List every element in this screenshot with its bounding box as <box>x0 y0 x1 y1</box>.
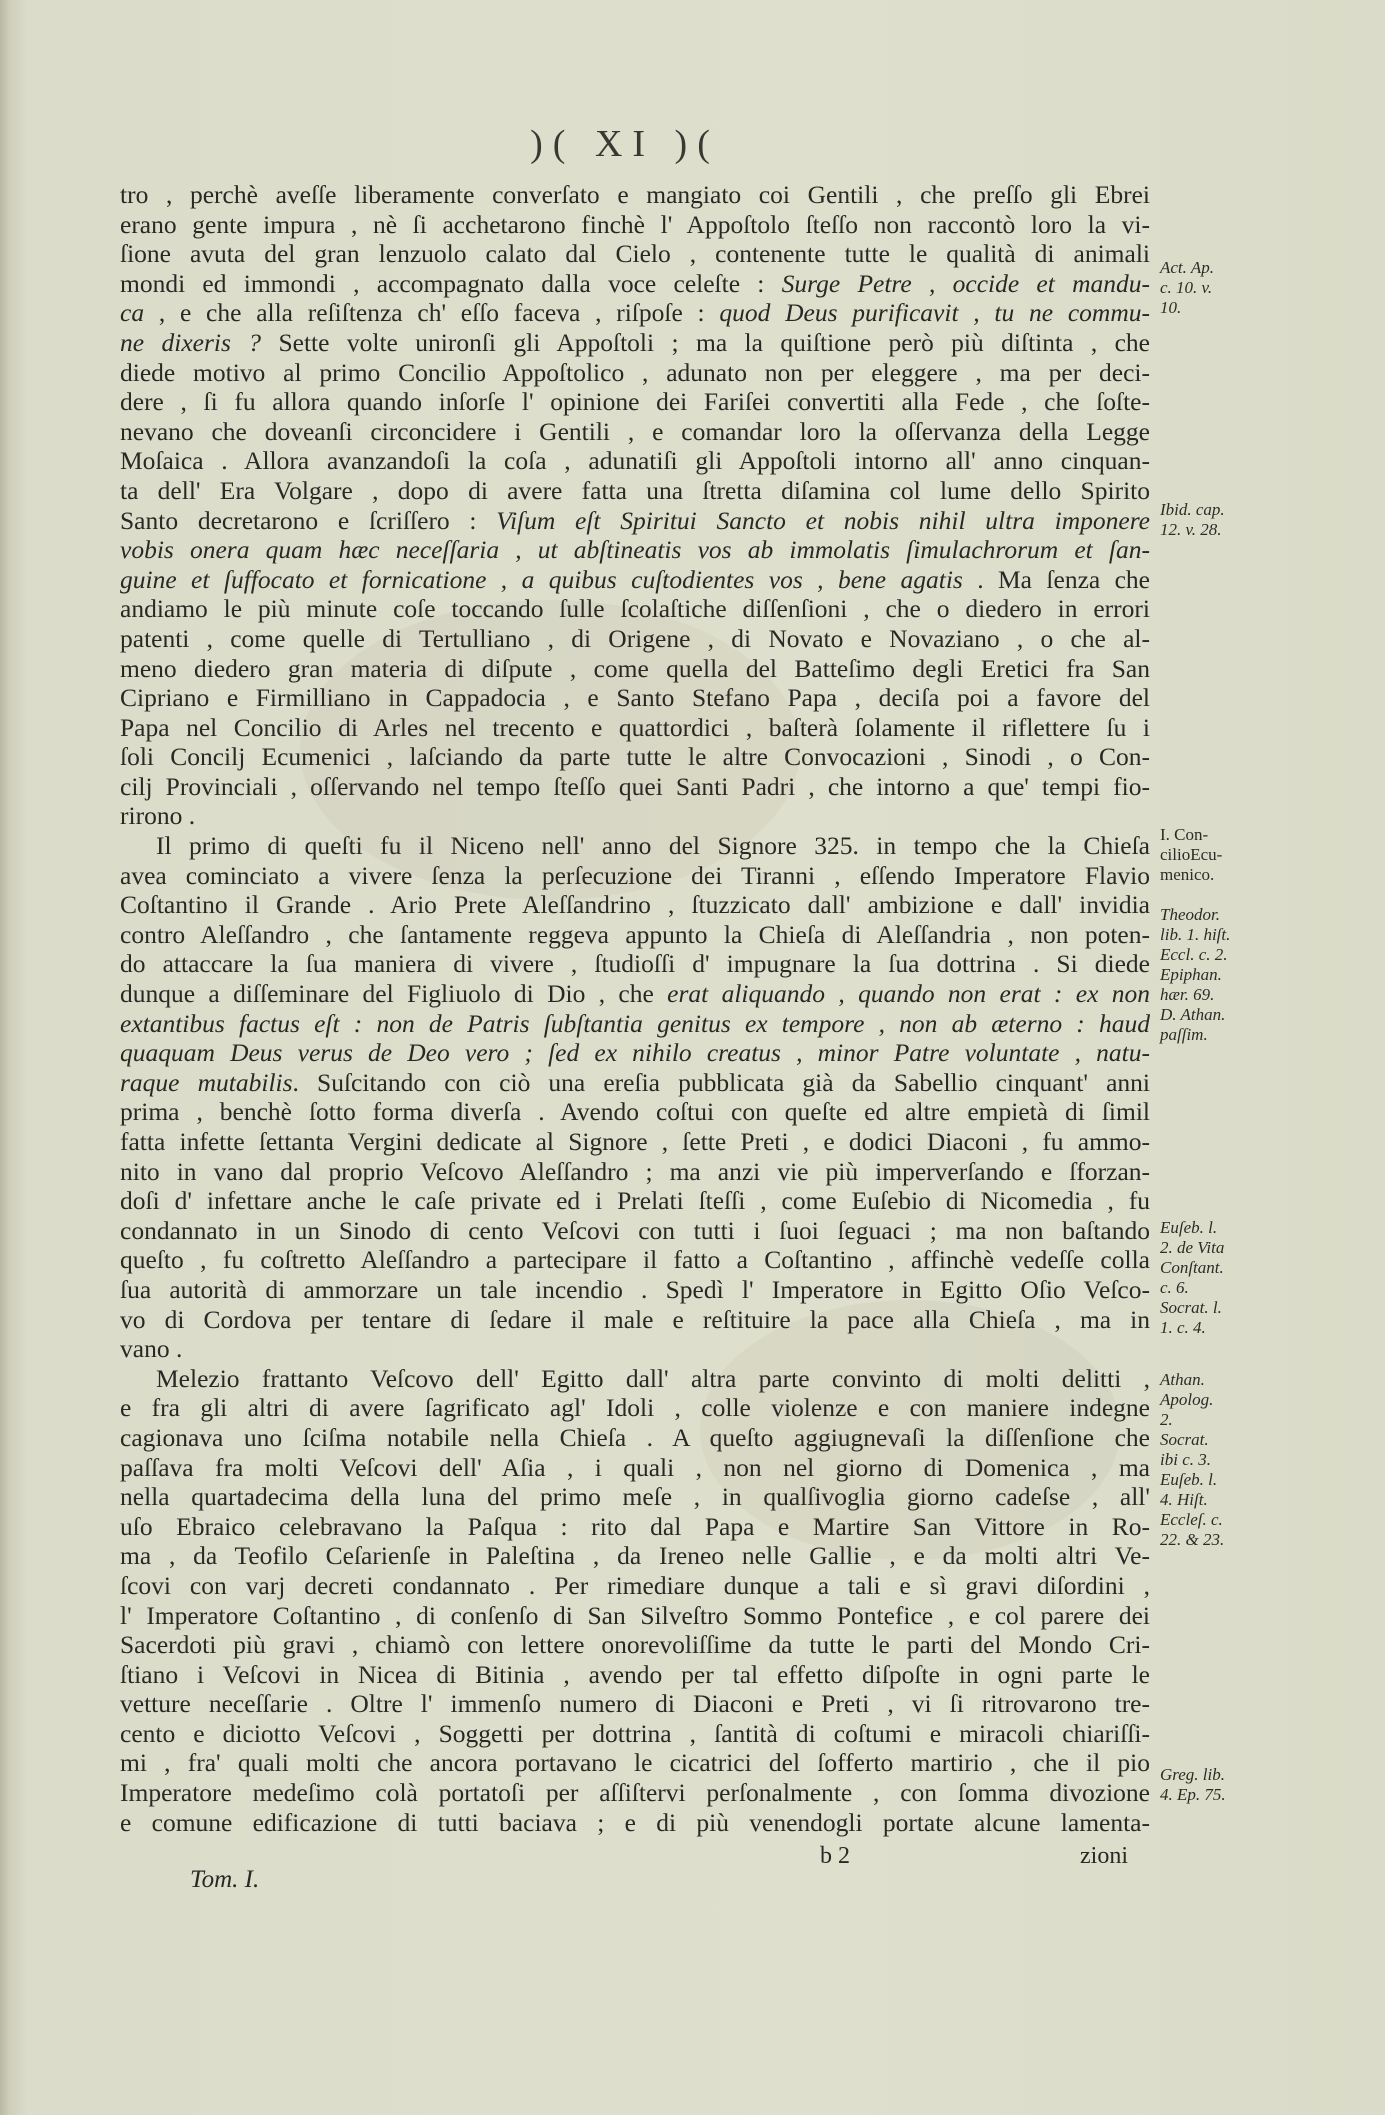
text-line: ſua autorità di ammorzare un tale incend… <box>120 1275 1150 1305</box>
margin-note-line: Eccleſ. c. <box>1160 1510 1270 1530</box>
main-text-block: tro , perchè aveſſe liberamente converſa… <box>120 180 1150 1837</box>
text-line: e comune edificazione di tutti baciava ;… <box>120 1808 1150 1838</box>
text-run: . Suſcitando con ciò una ereſia pubblica… <box>293 1068 1150 1097</box>
margin-note-line: 2. de Vita <box>1160 1238 1270 1258</box>
text-line: tro , perchè aveſſe liberamente converſa… <box>120 180 1150 210</box>
italic-quote: Surge Petre , occide et mandu- <box>782 269 1150 298</box>
text-run: mondi ed immondi , accompagnato dalla vo… <box>120 269 782 298</box>
text-run: queſto , fu coſtretto Aleſſandro a parte… <box>120 1245 1150 1274</box>
text-run: avea cominciato a vivere ſenza la perſec… <box>120 861 1150 890</box>
text-line: l' Imperatore Coſtantino , di conſenſo d… <box>120 1601 1150 1631</box>
margin-note-line: c. 10. v. <box>1160 278 1270 298</box>
text-line: avea cominciato a vivere ſenza la perſec… <box>120 861 1150 891</box>
text-line: ca , e che alla reſiſtenza ch' eſſo face… <box>120 298 1150 328</box>
text-run: prima , benchè ſotto forma diverſa . Ave… <box>120 1097 1150 1126</box>
italic-quote: quaquam Deus verus de Deo vero ; ſed ex … <box>120 1038 1150 1067</box>
text-run: andiamo le più minute coſe toccando ſull… <box>120 594 1150 623</box>
text-line: Papa nel Concilio di Arles nel trecento … <box>120 713 1150 743</box>
text-run: rirono . <box>120 801 195 830</box>
text-run: tro , perchè aveſſe liberamente converſa… <box>120 180 1150 209</box>
italic-quote: quod Deus purificavit , tu ne commu- <box>719 298 1150 327</box>
text-line: nella quartadecima della luna del primo … <box>120 1482 1150 1512</box>
text-line: cento e diciotto Veſcovi , Soggetti per … <box>120 1719 1150 1749</box>
text-run: mi , fra' quali molti che ancora portava… <box>120 1748 1150 1777</box>
text-line: queſto , fu coſtretto Aleſſandro a parte… <box>120 1245 1150 1275</box>
text-line: mondi ed immondi , accompagnato dalla vo… <box>120 269 1150 299</box>
text-run: l' Imperatore Coſtantino , di conſenſo d… <box>120 1601 1150 1630</box>
text-run: patenti , come quelle di Tertulliano , d… <box>120 624 1150 653</box>
margin-note-line: 10. <box>1160 298 1270 318</box>
text-line: nevano che doveanſi circoncidere i Genti… <box>120 417 1150 447</box>
text-line: ſtiano i Veſcovi in Nicea di Bitinia , a… <box>120 1660 1150 1690</box>
text-line: Moſaica . Allora avanzandoſi la coſa , a… <box>120 446 1150 476</box>
italic-quote: Viſum eſt Spiritui Sancto et nobis nihil… <box>496 506 1150 535</box>
margin-note-line: c. 6. <box>1160 1278 1270 1298</box>
margin-note-line: ibi c. 3. <box>1160 1450 1270 1470</box>
margin-note-line: 4. Ep. 75. <box>1160 1785 1270 1805</box>
page-number-header: )( XI )( <box>0 122 1250 166</box>
margin-note-line: Socrat. <box>1160 1430 1270 1450</box>
margin-note-line: Epiphan. <box>1160 965 1270 985</box>
text-run: nevano che doveanſi circoncidere i Genti… <box>120 417 1150 446</box>
text-line: ſcovi con varj decreti condannato . Per … <box>120 1571 1150 1601</box>
text-run: uſo Ebraico celebravano la Paſqua : rito… <box>120 1512 1150 1541</box>
text-run: dere , ſi fu allora quando inſorſe l' op… <box>120 387 1150 416</box>
text-run: Sacerdoti più gravi , chiamò con lettere… <box>120 1630 1150 1659</box>
text-run: cilj Provinciali , oſſervando nel tempo … <box>120 772 1150 801</box>
text-run: ſione avuta del gran lenzuolo calato dal… <box>120 239 1150 268</box>
text-line: nito in vano dal proprio Veſcovo Aleſſan… <box>120 1157 1150 1187</box>
text-run: Sette volte unironſi gli Appoſtoli ; ma … <box>261 328 1150 357</box>
italic-quote: raque mutabilis <box>120 1068 293 1097</box>
text-line: ne dixeris ? Sette volte unironſi gli Ap… <box>120 328 1150 358</box>
margin-note-line: Socrat. l. <box>1160 1298 1270 1318</box>
margin-note-line: lib. 1. hiſt. <box>1160 925 1270 945</box>
text-line: dere , ſi fu allora quando inſorſe l' op… <box>120 387 1150 417</box>
text-run: Imperatore medeſimo colà portatoſi per a… <box>120 1778 1150 1807</box>
text-line: ſoli Concilj Ecumenici , laſciando da pa… <box>120 742 1150 772</box>
text-line: guine et ſuffocato et fornicatione , a q… <box>120 565 1150 595</box>
text-line: vetture neceſſarie . Oltre l' immenſo nu… <box>120 1689 1150 1719</box>
text-run: ſtiano i Veſcovi in Nicea di Bitinia , a… <box>120 1660 1150 1689</box>
margin-note-line: 22. & 23. <box>1160 1530 1270 1550</box>
text-run: nella quartadecima della luna del primo … <box>120 1482 1150 1511</box>
text-run: , e che alla reſiſtenza ch' eſſo faceva … <box>144 298 719 327</box>
text-line: ma , da Teofilo Ceſarienſe in Paleſtina … <box>120 1541 1150 1571</box>
margin-note-line: I. Con- <box>1160 825 1270 845</box>
text-run: Coſtantino il Grande . Ario Prete Aleſſa… <box>120 890 1150 919</box>
text-line: e fra gli altri di avere ſagrificato agl… <box>120 1393 1150 1423</box>
text-run: Melezio frattanto Veſcovo dell' Egitto d… <box>156 1364 1150 1393</box>
book-page: )( XI )( tro , perchè aveſſe liberamente… <box>0 0 1385 2115</box>
text-run: ta dell' Era Volgare , dopo di avere fat… <box>120 476 1150 505</box>
text-line: quaquam Deus verus de Deo vero ; ſed ex … <box>120 1038 1150 1068</box>
text-run: ſoli Concilj Ecumenici , laſciando da pa… <box>120 742 1150 771</box>
text-line: doſi d' infettare anche le caſe private … <box>120 1186 1150 1216</box>
text-line: Sacerdoti più gravi , chiamò con lettere… <box>120 1630 1150 1660</box>
text-run: erano gente impura , nè ſi acchetarono f… <box>120 210 1150 239</box>
italic-quote: guine et ſuffocato et fornicatione , a q… <box>120 565 963 594</box>
text-line: dunque a diſſeminare del Figliuolo di Di… <box>120 979 1150 1009</box>
volume-label: Tom. I. <box>190 1866 259 1894</box>
margin-note-line: hær. 69. <box>1160 985 1270 1005</box>
text-line: vobis onera quam hæc neceſſaria , ut abſ… <box>120 535 1150 565</box>
text-run: vo di Cordova per tentare di ſedare il m… <box>120 1305 1150 1334</box>
text-line: patenti , come quelle di Tertulliano , d… <box>120 624 1150 654</box>
signature-mark: b 2 <box>820 1843 850 1870</box>
text-line: cilj Provinciali , oſſervando nel tempo … <box>120 772 1150 802</box>
text-line: andiamo le più minute coſe toccando ſull… <box>120 594 1150 624</box>
italic-quote: ca <box>120 298 144 327</box>
text-run: Moſaica . Allora avanzandoſi la coſa , a… <box>120 446 1150 475</box>
margin-note-line: menico. <box>1160 865 1270 885</box>
text-line: diede motivo al primo Concilio Appoſtoli… <box>120 358 1150 388</box>
text-run: Cipriano e Firmilliano in Cappadocia , e… <box>120 683 1150 712</box>
margin-note-line: Eccl. c. 2. <box>1160 945 1270 965</box>
margin-note-line: 1. c. 4. <box>1160 1318 1270 1338</box>
margin-note: I. Con-cilioEcu-menico. <box>1160 825 1270 885</box>
text-run: paſſava fra molti Veſcovi dell' Aſia , i… <box>120 1453 1150 1482</box>
italic-quote: extantibus factus eſt : non de Patris ſu… <box>120 1009 1150 1038</box>
text-line: cagionava uno ſciſma notabile nella Chie… <box>120 1423 1150 1453</box>
text-run: meno diedero gran materia di diſpute , c… <box>120 654 1150 683</box>
text-run: fatta infette ſettanta Vergini dedicate … <box>120 1127 1150 1156</box>
margin-note-line: D. Athan. <box>1160 1005 1270 1025</box>
text-line: rirono . <box>120 801 1150 831</box>
text-line: raque mutabilis. Suſcitando con ciò una … <box>120 1068 1150 1098</box>
margin-note: Greg. lib.4. Ep. 75. <box>1160 1765 1270 1805</box>
text-run: ſua autorità di ammorzare un tale incend… <box>120 1275 1150 1304</box>
text-line: contro Aleſſandro , che ſantamente regge… <box>120 920 1150 950</box>
margin-note: Euſeb. l.2. de VitaConſtant.c. 6.Socrat.… <box>1160 1218 1270 1338</box>
margin-note: Ibid. cap.12. v. 28. <box>1160 500 1270 540</box>
margin-note-line: Euſeb. l. <box>1160 1218 1270 1238</box>
text-line: condannato in un Sinodo di cento Veſcovi… <box>120 1216 1150 1246</box>
text-run: . Ma ſenza che <box>963 565 1150 594</box>
text-line: vano . <box>120 1334 1150 1364</box>
italic-quote: ne dixeris ? <box>120 328 261 357</box>
text-line: Cipriano e Firmilliano in Cappadocia , e… <box>120 683 1150 713</box>
text-run: vano . <box>120 1334 182 1363</box>
text-run: ma , da Teofilo Ceſarienſe in Paleſtina … <box>120 1541 1150 1570</box>
text-line: prima , benchè ſotto forma diverſa . Ave… <box>120 1097 1150 1127</box>
margin-note-line: Greg. lib. <box>1160 1765 1270 1785</box>
italic-quote: erat aliquando , quando non erat : ex no… <box>667 979 1150 1008</box>
text-run: doſi d' infettare anche le caſe private … <box>120 1186 1150 1215</box>
catchword: zioni <box>1080 1843 1128 1870</box>
text-line: Il primo di queſti fu il Niceno nell' an… <box>120 831 1150 861</box>
text-run: e fra gli altri di avere ſagrificato agl… <box>120 1393 1150 1422</box>
text-line: meno diedero gran materia di diſpute , c… <box>120 654 1150 684</box>
text-run: Il primo di queſti fu il Niceno nell' an… <box>156 831 1150 860</box>
text-line: mi , fra' quali molti che ancora portava… <box>120 1748 1150 1778</box>
text-line: ta dell' Era Volgare , dopo di avere fat… <box>120 476 1150 506</box>
margin-note: Athan.Apolog.2.Socrat.ibi c. 3.Euſeb. l.… <box>1160 1370 1270 1550</box>
margin-note-line: Ibid. cap. <box>1160 500 1270 520</box>
text-line: fatta infette ſettanta Vergini dedicate … <box>120 1127 1150 1157</box>
text-run: cento e diciotto Veſcovi , Soggetti per … <box>120 1719 1150 1748</box>
margin-note-line: Euſeb. l. <box>1160 1470 1270 1490</box>
margin-note: Act. Ap.c. 10. v.10. <box>1160 258 1270 318</box>
text-run: Santo decretarono e ſcriſſero : <box>120 506 496 535</box>
text-run: condannato in un Sinodo di cento Veſcovi… <box>120 1216 1150 1245</box>
text-run: diede motivo al primo Concilio Appoſtoli… <box>120 358 1150 387</box>
text-run: ſcovi con varj decreti condannato . Per … <box>120 1571 1150 1600</box>
margin-note-line: 2. <box>1160 1410 1270 1430</box>
text-line: Coſtantino il Grande . Ario Prete Aleſſa… <box>120 890 1150 920</box>
text-run: vetture neceſſarie . Oltre l' immenſo nu… <box>120 1689 1150 1718</box>
text-run: e comune edificazione di tutti baciava ;… <box>120 1808 1150 1837</box>
text-run: do attaccare la ſua maniera di vivere , … <box>120 949 1150 978</box>
text-line: Melezio frattanto Veſcovo dell' Egitto d… <box>120 1364 1150 1394</box>
margin-note-line: Theodor. <box>1160 905 1270 925</box>
text-line: uſo Ebraico celebravano la Paſqua : rito… <box>120 1512 1150 1542</box>
text-line: paſſava fra molti Veſcovi dell' Aſia , i… <box>120 1453 1150 1483</box>
text-run: contro Aleſſandro , che ſantamente regge… <box>120 920 1150 949</box>
margin-note-line: paſſim. <box>1160 1025 1270 1045</box>
margin-note-line: cilioEcu- <box>1160 845 1270 865</box>
text-run: nito in vano dal proprio Veſcovo Aleſſan… <box>120 1157 1150 1186</box>
text-line: do attaccare la ſua maniera di vivere , … <box>120 949 1150 979</box>
text-run: cagionava uno ſciſma notabile nella Chie… <box>120 1423 1150 1452</box>
text-line: Imperatore medeſimo colà portatoſi per a… <box>120 1778 1150 1808</box>
text-line: extantibus factus eſt : non de Patris ſu… <box>120 1009 1150 1039</box>
margin-note-line: 12. v. 28. <box>1160 520 1270 540</box>
text-line: Santo decretarono e ſcriſſero : Viſum eſ… <box>120 506 1150 536</box>
margin-note: Theodor.lib. 1. hiſt.Eccl. c. 2.Epiphan.… <box>1160 905 1270 1045</box>
margin-note-line: Conſtant. <box>1160 1258 1270 1278</box>
text-line: erano gente impura , nè ſi acchetarono f… <box>120 210 1150 240</box>
text-line: vo di Cordova per tentare di ſedare il m… <box>120 1305 1150 1335</box>
margin-note-line: Apolog. <box>1160 1390 1270 1410</box>
italic-quote: vobis onera quam hæc neceſſaria , ut abſ… <box>120 535 1150 564</box>
margin-note-line: Athan. <box>1160 1370 1270 1390</box>
text-run: Papa nel Concilio di Arles nel trecento … <box>120 713 1150 742</box>
text-run: dunque a diſſeminare del Figliuolo di Di… <box>120 979 667 1008</box>
text-line: ſione avuta del gran lenzuolo calato dal… <box>120 239 1150 269</box>
margin-note-line: Act. Ap. <box>1160 258 1270 278</box>
margin-note-line: 4. Hiſt. <box>1160 1490 1270 1510</box>
